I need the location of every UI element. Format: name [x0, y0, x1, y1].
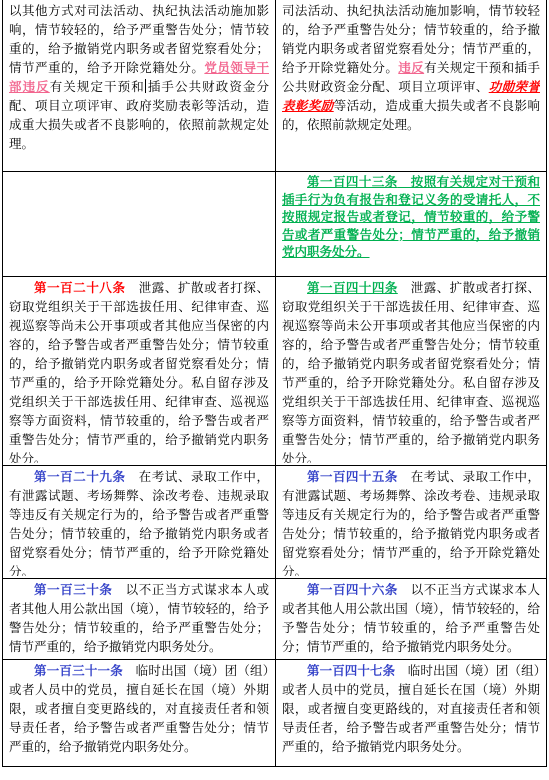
article-number: 第一百三十条	[34, 583, 113, 597]
text-segment: 在考试、录取工作中，有泄露试题、考场舞弊、涂改考卷、违规录取等违反有关规定行为的…	[282, 470, 540, 576]
cell-paragraph: 第一百四十五条 在考试、录取工作中，有泄露试题、考场舞弊、涂改考卷、违规录取等违…	[282, 468, 540, 576]
table-row: 第一百三十一条 临时出国（境）团（组）或者人员中的党员，擅自延长在国（境）外期限…	[3, 660, 547, 767]
table-cell-right[interactable]: 第一百四十四条 泄露、扩散或者打探、窃取党组织关于干部选拔任用、纪律审查、巡视巡…	[276, 277, 547, 466]
table-cell-left[interactable]: 第一百二十九条 在考试、录取工作中，有泄露试题、考场舞弊、涂改考卷、违规录取等违…	[3, 466, 276, 579]
table-cell-left[interactable]: 第一百二十八条 泄露、扩散或者打探、窃取党组织关于干部选拔任用、纪律审查、巡视巡…	[3, 277, 276, 466]
table-row: 第一百三十条 以不正当方式谋求本人或者其他人用公款出国（境），情节较轻的，给予警…	[3, 579, 547, 660]
cell-paragraph: 第一百四十四条 泄露、扩散或者打探、窃取党组织关于干部选拔任用、纪律审查、巡视巡…	[282, 279, 540, 463]
text-segment: 在考试、录取工作中，有泄露试题、考场舞弊、涂改考卷、违规录取等违反有关规定行为的…	[9, 470, 269, 576]
table-cell-right[interactable]: 第一百四十三条 按照有关规定对干预和插手行为负有报告和登记义务的受请托人，不按照…	[276, 172, 547, 277]
table-cell-right[interactable]: 第一百四十七条 临时出国（境）团（组）或者人员中的党员，擅自延长在国（境）外期限…	[276, 660, 547, 767]
article-number: 第一百四十五条	[307, 470, 398, 484]
table-cell-left[interactable]: 以其他方式对司法活动、执纪执法活动施加影响，情节较轻的，给予严重警告处分；情节较…	[3, 0, 276, 172]
article-number: 第一百四十七条	[307, 664, 395, 678]
cell-paragraph: 以其他方式对司法活动、执纪执法活动施加影响，情节较轻的，给予严重警告处分；情节较…	[9, 2, 269, 169]
cell-paragraph	[9, 174, 269, 274]
article-number: 第一百四十六条	[307, 583, 398, 597]
article-number: 第一百三十一条	[34, 664, 123, 678]
cell-paragraph: 第一百二十八条 泄露、扩散或者打探、窃取党组织关于干部选拔任用、纪律审查、巡视巡…	[9, 279, 269, 463]
article-number: 第一百四十四条	[307, 281, 398, 295]
comparison-table-body: 以其他方式对司法活动、执纪执法活动施加影响，情节较轻的，给予严重警告处分；情节较…	[3, 0, 547, 767]
cell-paragraph: 第一百三十一条 临时出国（境）团（组）或者人员中的党员，擅自延长在国（境）外期限…	[9, 662, 269, 764]
cell-paragraph: 司法活动、执纪执法活动施加影响，情节较轻的，给予严重警告处分；情节较重的，给予撤…	[282, 2, 540, 169]
table-cell-right[interactable]: 第一百四十六条 以不正当方式谋求本人或者其他人用公款出国（境），情节较轻的，给予…	[276, 579, 547, 660]
text-segment: 有关规定干预和	[50, 80, 145, 94]
table-cell-right[interactable]: 第一百四十五条 在考试、录取工作中，有泄露试题、考场舞弊、涂改考卷、违规录取等违…	[276, 466, 547, 579]
text-segment: 泄露、扩散或者打探、窃取党组织关于干部选拔任用、纪律审查、巡视巡察等尚未公开事项…	[9, 281, 269, 463]
table-row: 以其他方式对司法活动、执纪执法活动施加影响，情节较轻的，给予严重警告处分；情节较…	[3, 0, 547, 172]
table-cell-left[interactable]	[3, 172, 276, 277]
table-row: 第一百二十八条 泄露、扩散或者打探、窃取党组织关于干部选拔任用、纪律审查、巡视巡…	[3, 277, 547, 466]
article-number: 第一百四十三条	[307, 175, 398, 189]
text-segment: 违反	[398, 61, 424, 75]
cell-paragraph: 第一百四十七条 临时出国（境）团（组）或者人员中的党员，擅自延长在国（境）外期限…	[282, 662, 540, 764]
table-row: 第一百四十三条 按照有关规定对干预和插手行为负有报告和登记义务的受请托人，不按照…	[3, 172, 547, 277]
table-cell-right[interactable]: 司法活动、执纪执法活动施加影响，情节较轻的，给予严重警告处分；情节较重的，给予撤…	[276, 0, 547, 172]
cell-paragraph: 第一百四十六条 以不正当方式谋求本人或者其他人用公款出国（境），情节较轻的，给予…	[282, 581, 540, 657]
comparison-table: 以其他方式对司法活动、执纪执法活动施加影响，情节较轻的，给予严重警告处分；情节较…	[2, 0, 547, 767]
article-number: 第一百二十八条	[34, 281, 126, 295]
cell-paragraph: 第一百二十九条 在考试、录取工作中，有泄露试题、考场舞弊、涂改考卷、违规录取等违…	[9, 468, 269, 576]
article-number: 第一百二十九条	[34, 470, 126, 484]
table-cell-left[interactable]: 第一百三十一条 临时出国（境）团（组）或者人员中的党员，擅自延长在国（境）外期限…	[3, 660, 276, 767]
table-row: 第一百二十九条 在考试、录取工作中，有泄露试题、考场舞弊、涂改考卷、违规录取等违…	[3, 466, 547, 579]
cell-paragraph: 第一百三十条 以不正当方式谋求本人或者其他人用公款出国（境），情节较轻的，给予警…	[9, 581, 269, 657]
cell-paragraph: 第一百四十三条 按照有关规定对干预和插手行为负有报告和登记义务的受请托人，不按照…	[282, 174, 540, 274]
text-segment: 泄露、扩散或者打探、窃取党组织关于干部选拔任用、纪律审查、巡视巡察等尚未公开事项…	[282, 281, 540, 463]
table-cell-left[interactable]: 第一百三十条 以不正当方式谋求本人或者其他人用公款出国（境），情节较轻的，给予警…	[3, 579, 276, 660]
document-page: 以其他方式对司法活动、执纪执法活动施加影响，情节较轻的，给予严重警告处分；情节较…	[0, 0, 549, 780]
